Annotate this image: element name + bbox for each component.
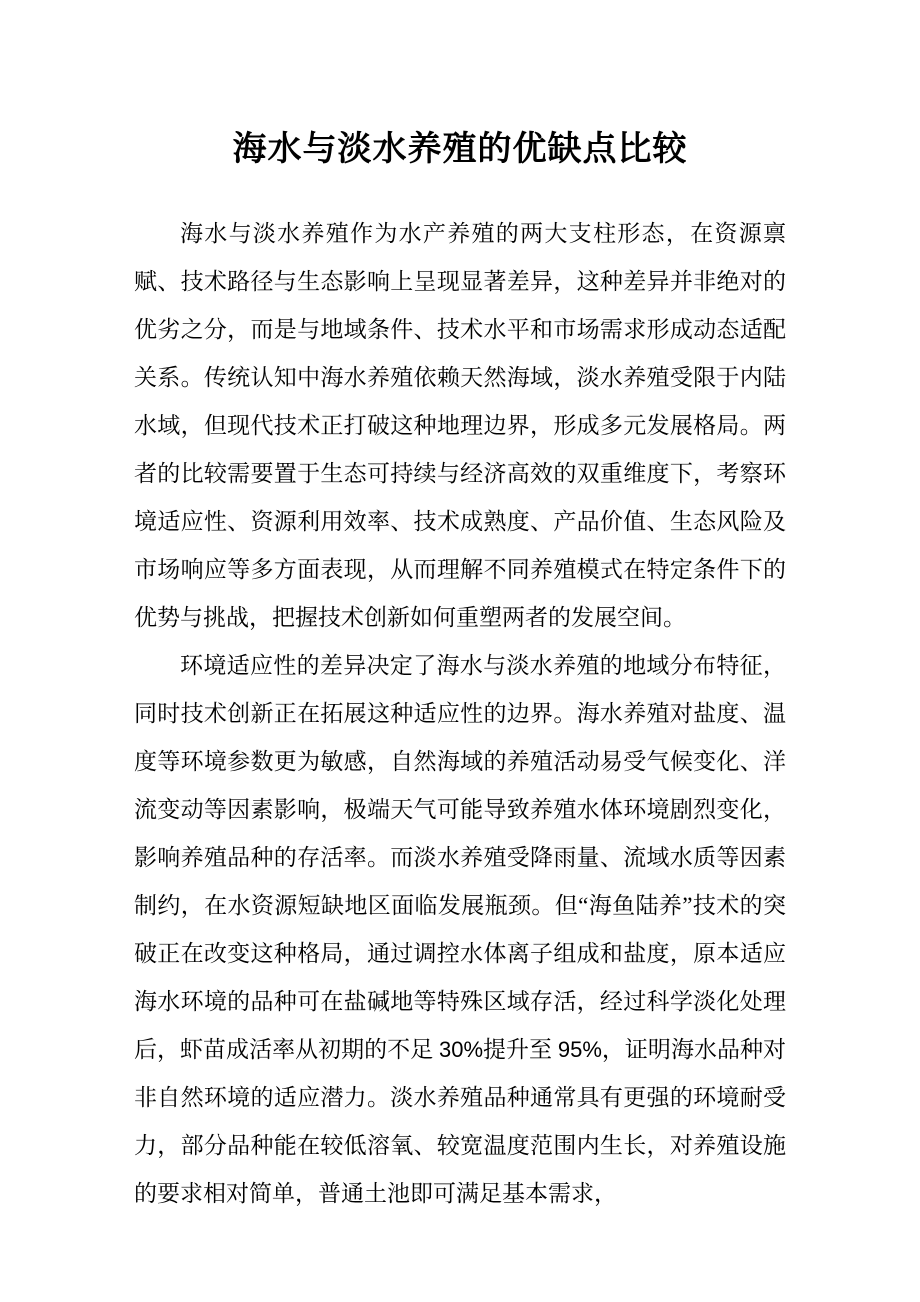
document-title: 海水与淡水养殖的优缺点比较 [134,126,786,172]
paragraph-intro: 海水与淡水养殖作为水产养殖的两大支柱形态，在资源禀赋、技术路径与生态影响上呈现显… [134,210,786,642]
document-page: 海水与淡水养殖的优缺点比较 海水与淡水养殖作为水产养殖的两大支柱形态，在资源禀赋… [0,0,920,1302]
paragraph2-text-segment-2: 提升至 [483,1037,558,1062]
paragraph2-text-segment-1: 环境适应性的差异决定了海水与淡水养殖的地域分布特征，同时技术创新正在拓展这种适应… [134,653,786,1062]
survival-rate-initial-stat: 30% [439,1037,483,1062]
paragraph2-text-segment-3: ，证明海水品种对非自然环境的适应潜力。淡水养殖品种通常具有更强的环境耐受力，部分… [134,1037,786,1206]
survival-rate-improved-stat: 95% [558,1037,602,1062]
paragraph-environment-adaptability: 环境适应性的差异决定了海水与淡水养殖的地域分布特征，同时技术创新正在拓展这种适应… [134,642,786,1218]
